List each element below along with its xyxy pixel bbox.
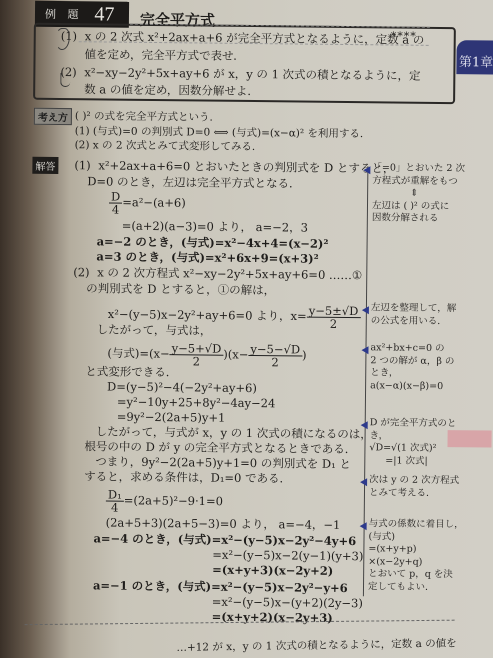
side-note-4: D が完全平方式のと き， √D=√(1 次式)² =|1 次式| xyxy=(369,417,456,468)
expression: ) xyxy=(302,348,307,362)
solution-line: =9y²−2(2a+5)y+1 xyxy=(117,410,226,425)
solution-line: =(x+y+3)(x−2y+2) xyxy=(212,563,333,578)
note-line: とみて考える． xyxy=(369,487,459,500)
note-line: 定してもよい． xyxy=(368,581,463,594)
note-line: 「=0」とおいた 2 次 xyxy=(372,162,465,175)
note-line: き， xyxy=(370,430,457,443)
note-pointer-icon xyxy=(360,522,367,530)
solution-line: =x²−(y−5)x−(y+2)(2y−3) xyxy=(212,595,363,611)
fraction: y−5±√D2 xyxy=(307,305,361,331)
note-line: 与式の係数に着目し， xyxy=(369,518,464,531)
fraction: y−5−√D2 xyxy=(248,343,302,369)
note-pointer-icon xyxy=(362,306,369,314)
problem-2-line2: 数 a の値を定め，因数分解せよ． xyxy=(84,82,259,98)
solution-line: =x²−(y−5)x−2(y−1)(y+3) xyxy=(212,548,363,564)
denominator: 2 xyxy=(330,318,337,330)
note-line: 左辺は ( )² の式に xyxy=(372,200,465,213)
example-label: 例 題 xyxy=(45,6,83,22)
side-note-5: 次は y の 2 次方程式 とみて考える． xyxy=(369,474,459,500)
denominator: 4 xyxy=(111,502,118,514)
problem-1-line2: 値を定め，完全平方式で表せ． xyxy=(84,47,244,63)
solution-line: と式変形できる． xyxy=(85,364,177,379)
solution-line: a=3 のとき，(与式)=x²+6x+9=(x+3)² xyxy=(96,249,318,265)
note-line: D が完全平方式のと xyxy=(370,417,457,430)
note-line: 次は y の 2 次方程式 xyxy=(369,474,459,487)
solution-line: D₁4=(2a+5)²−9·1=0 xyxy=(106,489,223,515)
note-line: a(x−α)(x−β)=0 xyxy=(370,380,454,393)
denominator: 2 xyxy=(271,356,278,368)
note-line: 方程式が重解をもつ xyxy=(372,175,465,188)
denominator: 4 xyxy=(112,204,119,216)
note-line: =|1 次式| xyxy=(369,455,456,468)
note-line: の公式を用いる． xyxy=(371,315,456,328)
solution-line: x²+2ax+a+6=0 とおいたときの判別式を D とすると， xyxy=(98,158,394,175)
note-line: ax²+bx+c=0 の xyxy=(370,342,454,355)
solution-line: すると，求める条件は，D₁=0 である． xyxy=(84,469,291,485)
expression: =(2a+5)²−9·1=0 xyxy=(124,493,223,508)
problem-1-label: (1) xyxy=(61,29,77,43)
approach-line0: ( )² の式を完全平方式という． xyxy=(75,109,220,125)
index-tab xyxy=(447,430,491,447)
solution-line: したがって，与式は， xyxy=(97,322,212,337)
expression: a=−1 のとき，(与式)=x²−(y−5)x−2y²−y+6 xyxy=(93,578,348,595)
side-note-1: 「=0」とおいた 2 次 方程式が重解をもつ ⇕ 左辺は ( )² の式に 因数… xyxy=(372,162,465,225)
approach-line2: (2) x の 2 次式とみて式変形してみる． xyxy=(75,138,263,154)
note-line: ×(x−2y+q) xyxy=(368,556,463,569)
expression: =a²−(a+6) xyxy=(122,195,186,210)
expression: x²−(y−5)x−2y²+ay+6=0 より，x= xyxy=(108,307,307,323)
fraction: D4 xyxy=(109,191,122,216)
expression: (与式)=(x− xyxy=(107,346,169,361)
chapter-tab: 第1章 xyxy=(456,40,493,74)
side-note-6: 与式の係数に着目し， (与式) =(x+y+p) ×(x−2y+q) とおいて … xyxy=(368,518,464,594)
problem-2-label: (2) xyxy=(60,65,76,79)
fraction-d-over-4: D4=a²−(a+6) xyxy=(109,191,186,217)
note-line: √D=√(1 次式)² xyxy=(369,442,456,455)
solution-line: D=0 のとき，左辺は完全平方式となる． xyxy=(87,174,301,190)
next-problem-partial: …+12 が x，y の 1 次式の積となるように，定数 a の値を xyxy=(176,637,457,655)
solution-line: a=−1 のとき，(与式)=x²−(y−5)x−2y²−y+6 xyxy=(93,578,348,595)
solution-line: (2a+5+3)(2a+5−3)=0 より， a=−4，−1 xyxy=(106,516,341,532)
solution-line: 根号の中の D が y の完全平方式となるときである． xyxy=(84,439,356,456)
fraction: D₁4 xyxy=(106,489,124,514)
note-pointer-icon xyxy=(360,478,367,486)
denominator: 2 xyxy=(193,355,200,367)
note-line: 因数分解される xyxy=(372,212,465,225)
note-pointer-icon xyxy=(363,166,370,174)
approach-tag: 考え方 xyxy=(34,108,72,125)
side-note-2: 左辺を整理して，解 の公式を用いる． xyxy=(371,302,457,328)
note-line: とき， xyxy=(370,367,454,380)
expression: )(x− xyxy=(223,347,248,361)
fraction: y−5+√D2 xyxy=(170,342,224,368)
note-line: とおいて p，q を決 xyxy=(368,568,463,581)
solution-line: の判別式を D とすると，①の解は， xyxy=(86,281,275,297)
solution-line: つまり，9y²−2(2a+5)y+1=0 の判別式を D₁ と xyxy=(95,454,351,471)
note-line: 2 つの解が α，β の xyxy=(370,355,454,368)
solution-1-label: (1) xyxy=(74,158,90,172)
solution-2-label: (2) xyxy=(73,265,89,279)
solution-line: x の 2 次方程式 x²−xy−2y²+5x+ay+6=0 ……① xyxy=(97,265,362,282)
solution-line: a=−4 のとき，(与式)=x²−(y−5)x−2y²−4y+6 xyxy=(93,531,356,548)
solution-line: =y²−10y+25+8y²−4ay−24 xyxy=(117,395,276,411)
side-note-3: ax²+bx+c=0 の 2 つの解が α，β の とき， a(x−α)(x−β… xyxy=(370,342,455,393)
solution-line: =(a+2)(a−3)=0 より， a=−2，3 xyxy=(122,219,308,235)
note-pointer-icon xyxy=(361,421,368,429)
expression: a=−4 のとき，(与式)=x²−(y−5)x−2y²−4y+6 xyxy=(93,531,356,548)
note-line: ⇕ xyxy=(372,187,465,200)
textbook-page: 例 題 47 完全平方式 **** (1) x の 2 次式 x²+2ax+a+… xyxy=(0,0,493,658)
note-line: =(x+y+p) xyxy=(368,543,463,556)
note-line: 左辺を整理して，解 xyxy=(371,302,456,315)
note-line: (与式) xyxy=(368,531,463,544)
note-pointer-icon xyxy=(361,346,368,354)
solution-line: したがって，与式が x，y の 1 次式の積になるのは， xyxy=(96,424,372,441)
solution-line: a=−2 のとき，(与式)=x²−4x+4=(x−2)² xyxy=(97,234,329,250)
solution-tag: 解答 xyxy=(32,157,58,174)
solution-line: D=(y−5)²−4(−2y²+ay+6) xyxy=(107,380,257,396)
